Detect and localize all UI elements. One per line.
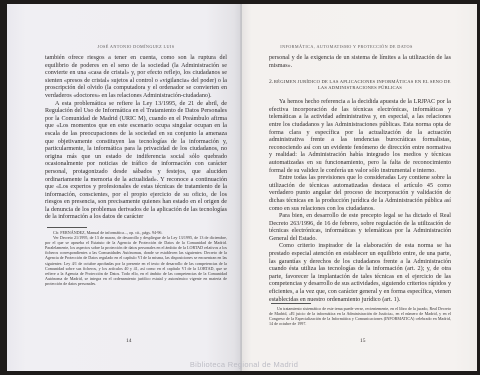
footnote-divider bbox=[271, 303, 311, 304]
section-heading: 2. Régimen jurídico de las aplicaciones … bbox=[269, 79, 451, 91]
section-title: Régimen jurídico de las aplicaciones inf… bbox=[274, 79, 451, 90]
paragraph: personal y de la exigencia de un sistema… bbox=[269, 55, 451, 70]
book-spread: José Antonio Domínguez Luis también ofre… bbox=[4, 4, 477, 371]
left-page: José Antonio Domínguez Luis también ofre… bbox=[7, 4, 242, 371]
running-head-left: José Antonio Domínguez Luis bbox=[7, 44, 241, 49]
paragraph: A esta problemática se refiere la Ley 13… bbox=[45, 101, 227, 223]
paragraph: Para bien, en desarrollo de este precept… bbox=[269, 213, 451, 243]
library-watermark: Biblioteca Regional de Madrid bbox=[184, 360, 304, 369]
paragraph: Ya hemos hecho referencia a la decidida … bbox=[269, 99, 451, 175]
left-page-body: también ofrece riesgos a tener en cuenta… bbox=[45, 55, 227, 222]
page-number-left: 14 bbox=[126, 338, 132, 344]
footnote: Un tratamiento sistemático de este tema … bbox=[269, 306, 451, 326]
running-head-right: Informática, Automatismo y Protección de… bbox=[242, 44, 477, 49]
right-page-body: personal y de la exigencia de un sistema… bbox=[269, 55, 451, 304]
footnote-divider bbox=[47, 227, 87, 228]
footnote: Ver Decreto 21/1995, de 13 de marzo, de … bbox=[45, 235, 227, 286]
paragraph: Entre todas las previsiones que lo consi… bbox=[269, 175, 451, 213]
paragraph: Como criterio inspirador de la elaboraci… bbox=[269, 243, 451, 304]
left-page-footnotes: Cfr. FERNÁNDEZ, Manual de informática...… bbox=[45, 230, 227, 286]
right-page: Informática, Automatismo y Protección de… bbox=[242, 4, 477, 371]
page-number-right: 15 bbox=[360, 338, 366, 344]
right-page-footnotes: Un tratamiento sistemático de este tema … bbox=[269, 306, 451, 326]
section-number: 2. bbox=[269, 79, 274, 85]
paragraph: también ofrece riesgos a tener en cuenta… bbox=[45, 55, 227, 101]
